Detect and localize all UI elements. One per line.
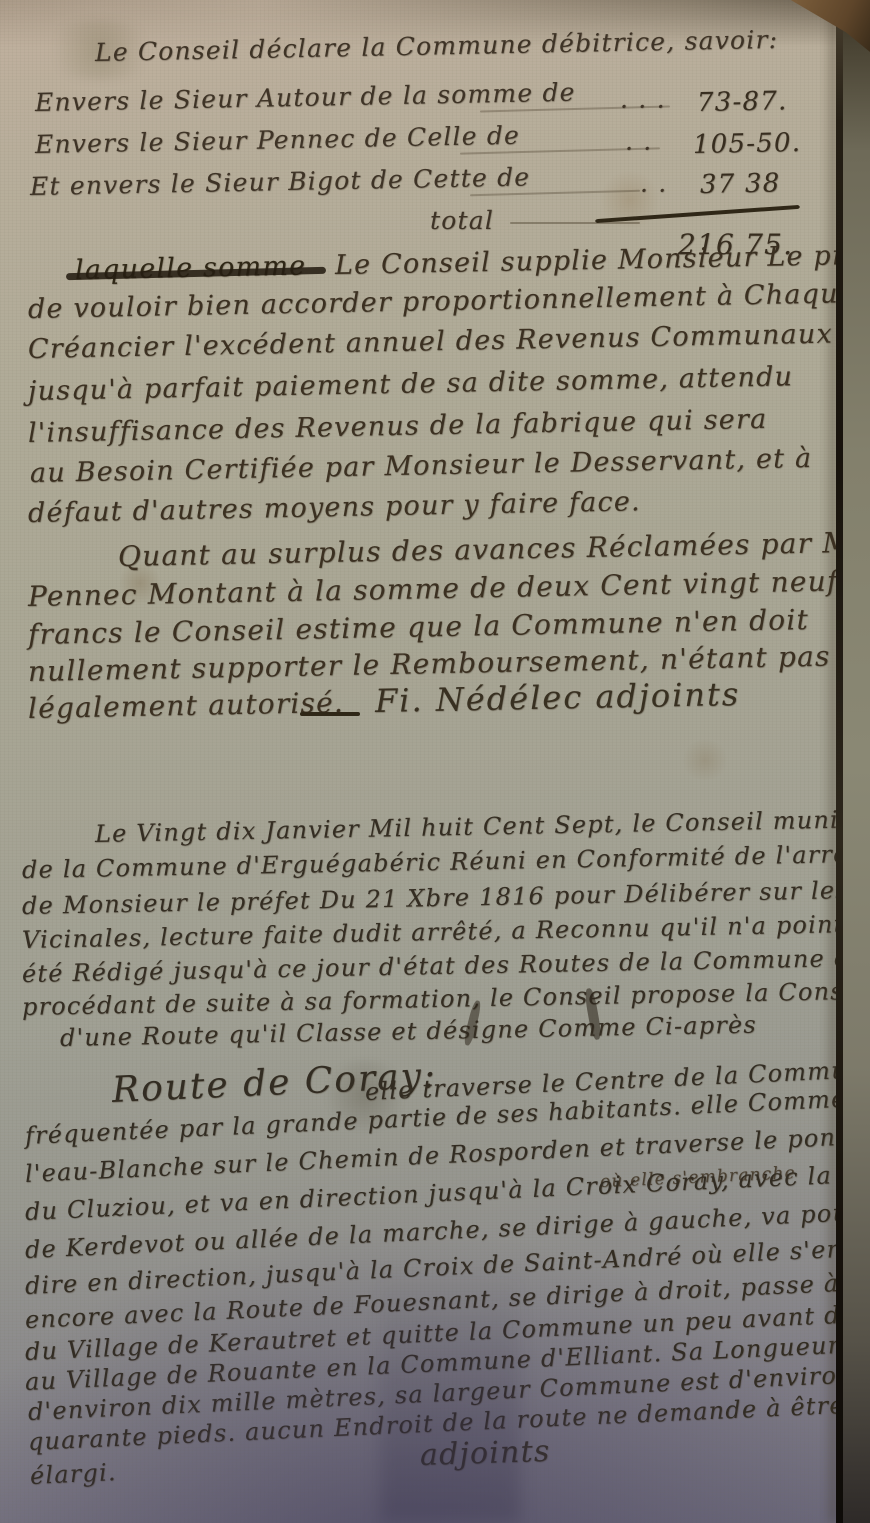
manuscript-line: au Besoin Certifiée par Monsieur le Dess… — [30, 443, 813, 489]
manuscript-line: défaut d'autres moyens pour y faire face… — [28, 486, 641, 529]
manuscript-line: jusqu'à parfait paiement de sa dite somm… — [28, 361, 794, 407]
ledger-entry-label: Envers le Sieur Pennec de Celle de — [35, 121, 521, 159]
manuscript-line: Le Conseil supplie Monsieur Le préfet — [335, 239, 870, 281]
manuscript-line: de vouloir bien accorder proportionnelle… — [28, 278, 856, 325]
total-rule — [595, 205, 800, 223]
ledger-entry-amount: 73-87. — [697, 86, 788, 118]
book-gutter — [843, 0, 870, 1523]
paper-stain — [680, 740, 730, 780]
bottom-streak-shadow — [380, 1263, 520, 1523]
ledger-entry-amount: 105-50. — [693, 128, 802, 160]
ledger-entry-amount: 37 38 — [700, 168, 781, 200]
manuscript-line: élargi. — [29, 1458, 117, 1490]
manuscript-line: Créancier l'excédent annuel des Revenus … — [28, 319, 833, 365]
page-crease — [836, 0, 843, 1523]
ledger-leader-dots: · · — [625, 134, 652, 163]
total-dash — [510, 222, 640, 224]
manuscript-line: légalement autorisé. — [28, 686, 345, 725]
manuscript-line: l'insuffisance des Revenus de la fabriqu… — [28, 404, 768, 449]
ledger-leader-dots: · · — [640, 176, 667, 205]
manuscript-page: Le Conseil déclare la Commune débitrice,… — [0, 0, 870, 1523]
ledger-leader-dots: · · · — [620, 92, 666, 121]
ledger-entry-label: Et envers le Sieur Bigot de Cette de — [30, 162, 531, 201]
signature-dash — [300, 712, 360, 716]
signature: Fi. Nédélec adjoints — [375, 675, 741, 720]
ledger-total-label: total — [430, 206, 494, 235]
